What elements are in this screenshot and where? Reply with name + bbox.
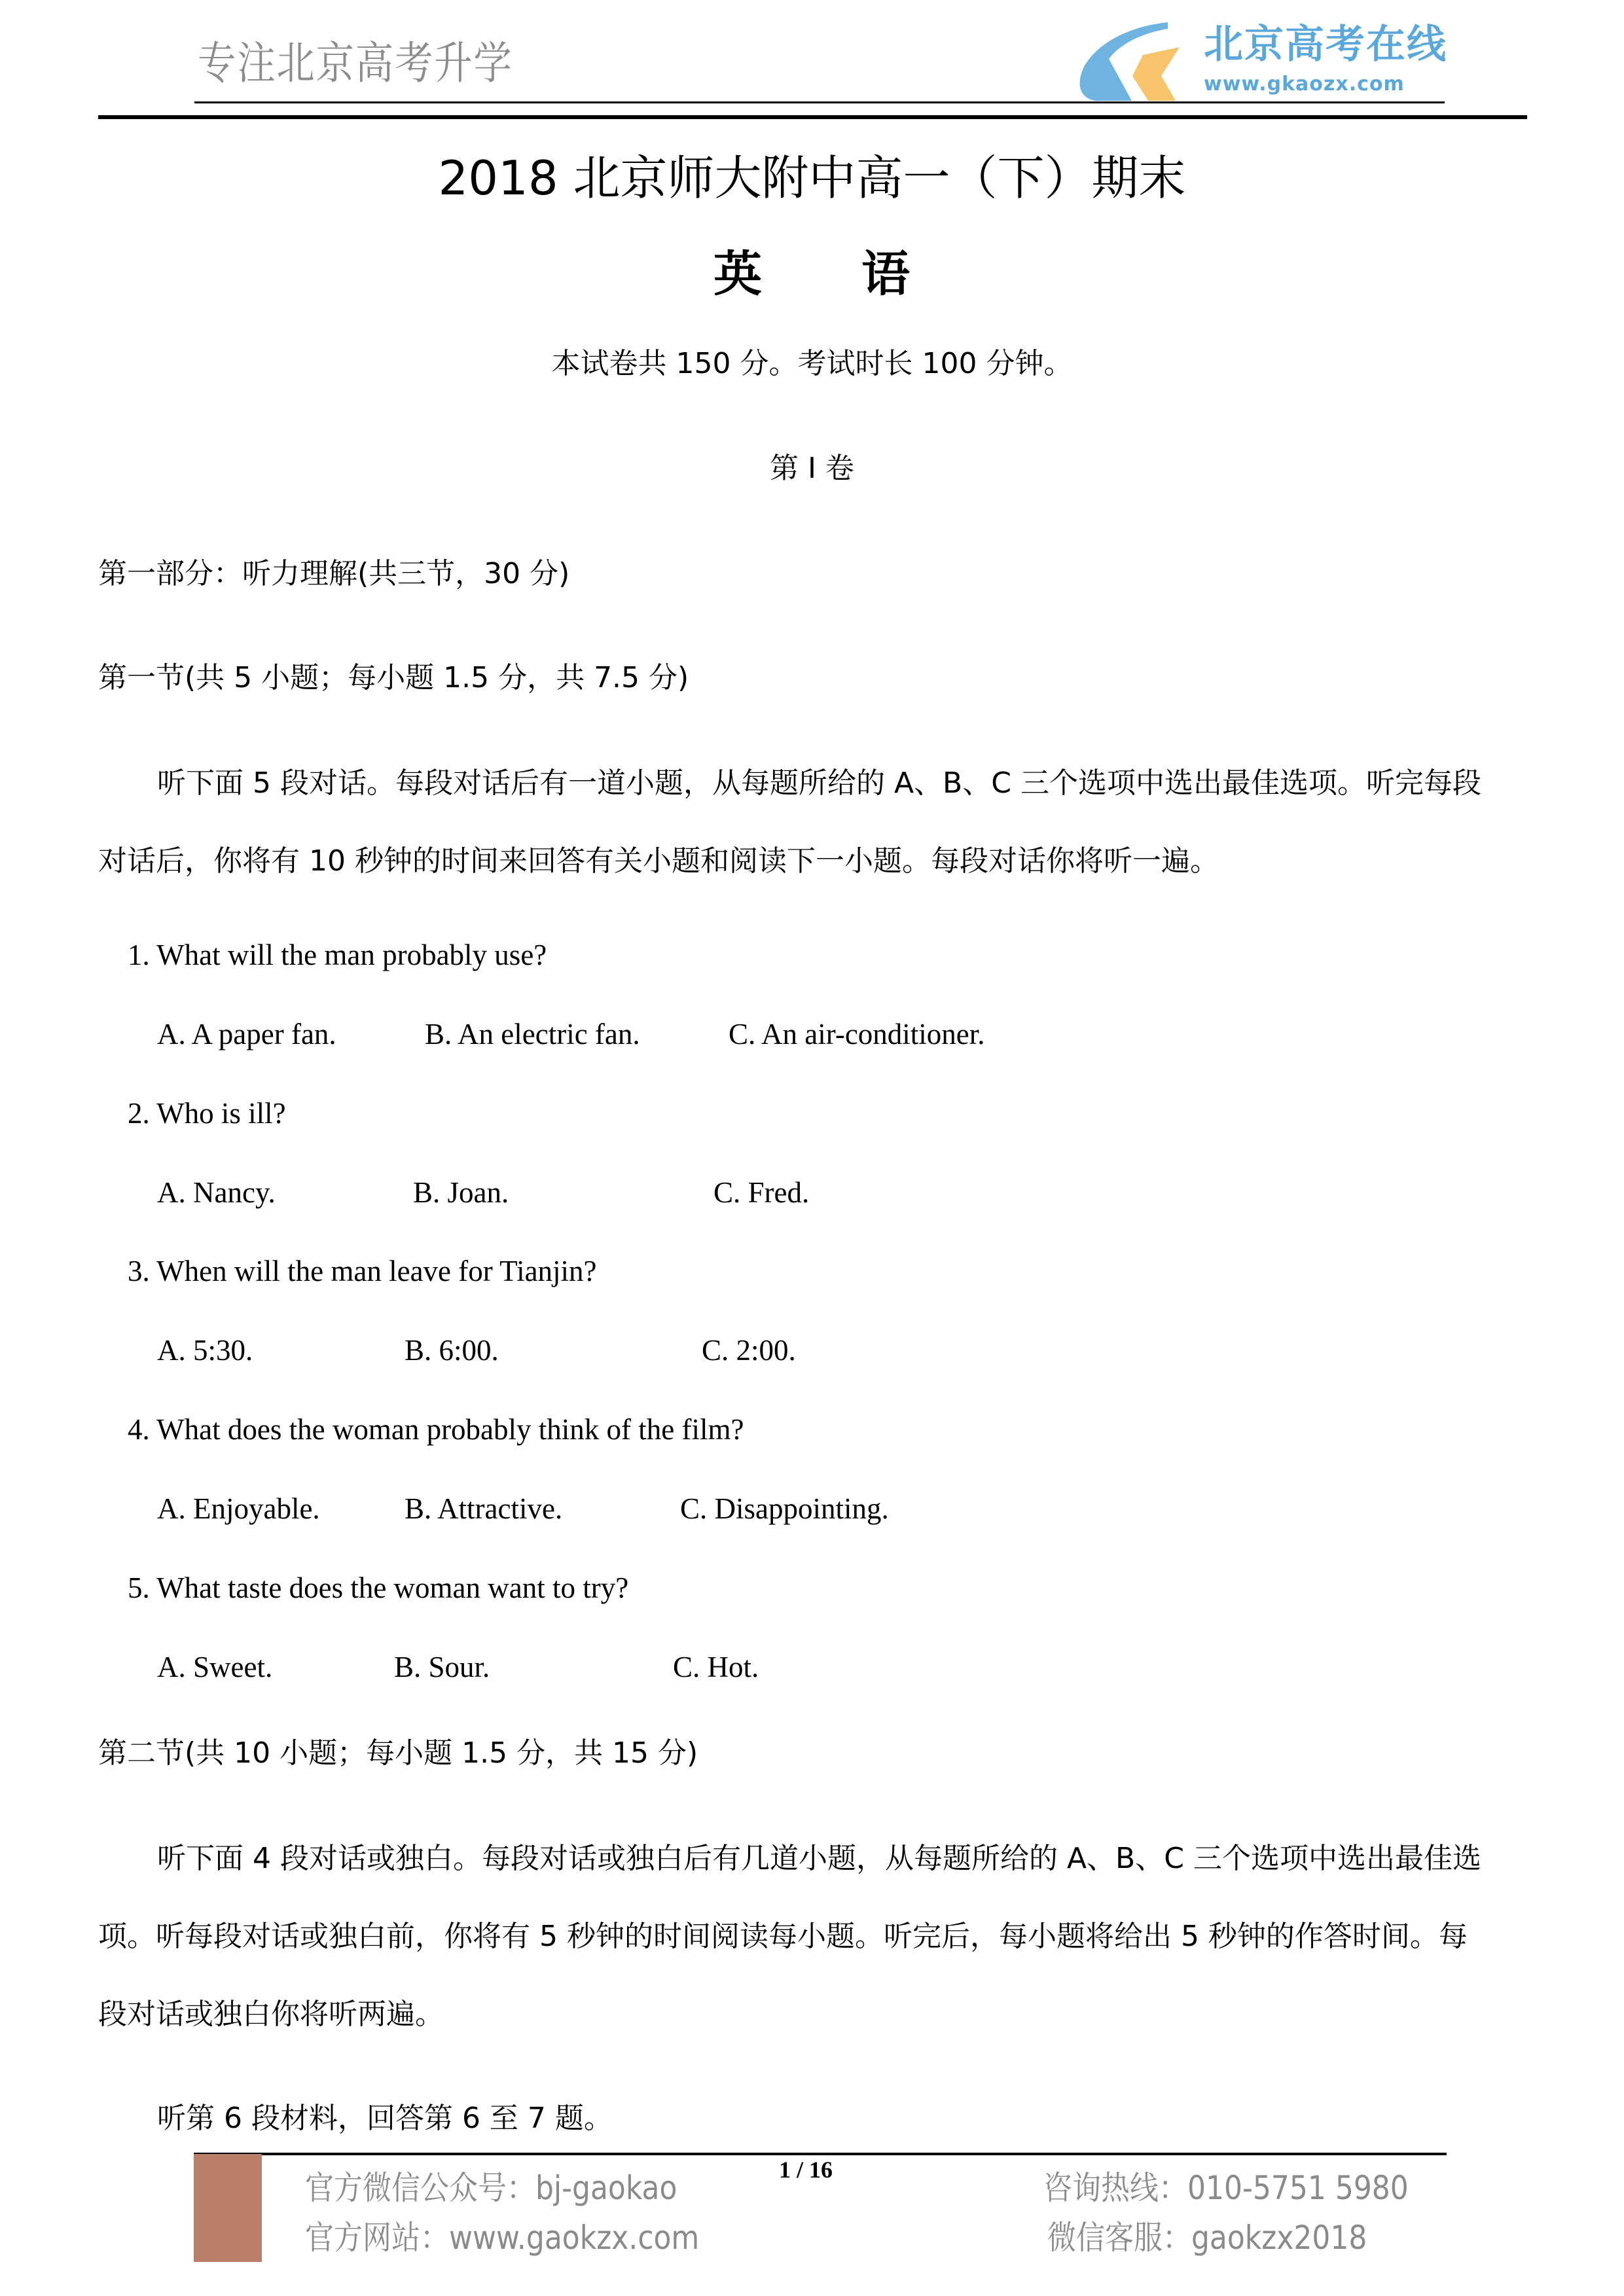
volume-heading: 第 I 卷 xyxy=(0,453,1624,483)
section1-heading: 第一节(共 5 小题；每小题 1.5 分，共 7.5 分) xyxy=(98,664,689,692)
section2-instructions-line2: 项。听每段对话或独白前，你将有 5 秒钟的时间阅读每小题。听完后，每小题将给出 … xyxy=(98,1922,1468,1951)
q1-option-c: C. An air-conditioner. xyxy=(729,1020,985,1049)
logo-url: www.gkaozx.com xyxy=(1204,75,1405,94)
q3-option-a: A. 5:30. xyxy=(157,1336,253,1365)
logo-name: 北京高考在线 xyxy=(1204,25,1447,64)
brand-logo: 北京高考在线 www.gkaozx.com xyxy=(1070,21,1449,103)
footer-accent-block xyxy=(194,2154,262,2262)
q5-option-c: C. Hot. xyxy=(673,1653,759,1682)
q1-option-b: B. An electric fan. xyxy=(425,1020,640,1049)
q3-option-b: B. 6:00. xyxy=(405,1336,499,1365)
question-5: 5. What taste does the woman want to try… xyxy=(128,1573,628,1603)
footer-wechat-service: 微信客服：gaokzx2018 xyxy=(1047,2221,1367,2254)
section1-instructions-line2: 对话后，你将有 10 秒钟的时间来回答有关小题和阅读下一小题。每段对话你将听一遍… xyxy=(98,847,1219,876)
q5-option-b: B. Sour. xyxy=(394,1653,490,1682)
subject-char-1: 英 xyxy=(713,250,762,298)
q4-option-c: C. Disappointing. xyxy=(680,1494,889,1524)
q4-option-b: B. Attractive. xyxy=(405,1494,562,1524)
section1-instructions-line1: 听下面 5 段对话。每段对话后有一道小题，从每题所给的 A、B、C 三个选项中选… xyxy=(157,769,1481,798)
q1-option-a: A. A paper fan. xyxy=(157,1020,336,1049)
footer-wechat-account: 官方微信公众号：bj-gaokao xyxy=(305,2172,677,2204)
footer-hotline: 咨询热线：010-5751 5980 xyxy=(1043,2172,1409,2204)
subject-char-2: 语 xyxy=(861,250,910,298)
header-slogan: 专注北京高考升学 xyxy=(198,42,513,86)
question-4: 4. What does the woman probably think of… xyxy=(128,1415,744,1444)
question-2: 2. Who is ill? xyxy=(128,1099,286,1128)
q2-option-c: C. Fred. xyxy=(713,1178,809,1208)
gk-logo-icon xyxy=(1070,21,1200,103)
header-rule-thin xyxy=(194,101,1445,103)
footer-rule xyxy=(194,2153,1447,2155)
footer-website: 官方网站：www.gaokzx.com xyxy=(305,2221,699,2254)
question-1: 1. What will the man probably use? xyxy=(128,941,547,970)
q4-option-a: A. Enjoyable. xyxy=(157,1494,320,1524)
question-3: 3. When will the man leave for Tianjin? xyxy=(128,1257,597,1286)
section2-heading: 第二节(共 10 小题；每小题 1.5 分，共 15 分) xyxy=(98,1739,698,1768)
page-number: 1 / 16 xyxy=(779,2158,833,2181)
part1-heading: 第一部分：听力理解(共三节，30 分) xyxy=(98,560,569,588)
exam-info: 本试卷共 150 分。考试时长 100 分钟。 xyxy=(0,348,1624,378)
material-prompt: 听第 6 段材料，回答第 6 至 7 题。 xyxy=(157,2104,613,2133)
q2-option-a: A. Nancy. xyxy=(157,1178,276,1208)
header-rule-thick xyxy=(98,115,1527,119)
page-title: 2018 北京师大附中高一（下）期末 xyxy=(0,154,1624,202)
q3-option-c: C. 2:00. xyxy=(702,1336,796,1365)
q2-option-b: B. Joan. xyxy=(413,1178,509,1208)
q5-option-a: A. Sweet. xyxy=(157,1653,272,1682)
section2-instructions-line3: 段对话或独白你将听两遍。 xyxy=(98,2000,444,2029)
section2-instructions-line1: 听下面 4 段对话或独白。每段对话或独白后有几道小题，从每题所给的 A、B、C … xyxy=(157,1844,1481,1873)
